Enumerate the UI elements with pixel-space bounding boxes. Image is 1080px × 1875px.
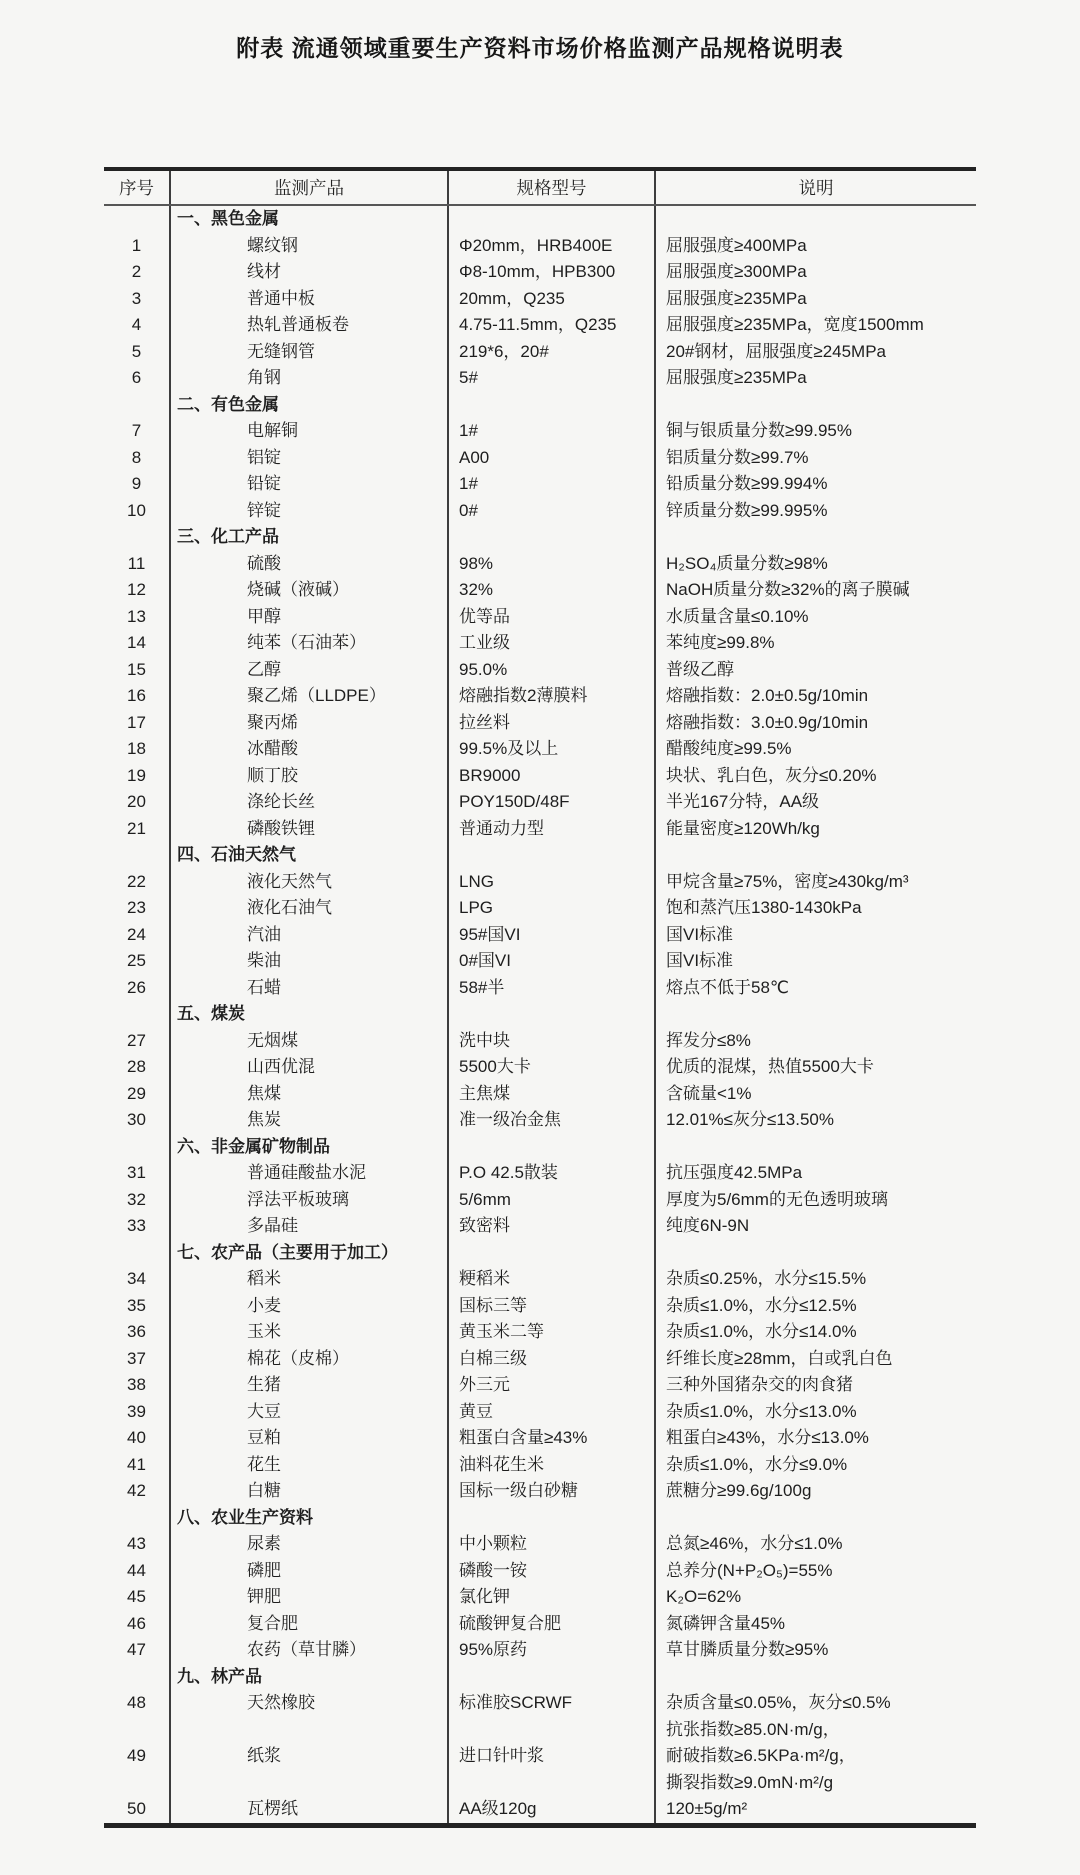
- cell-description: [655, 1001, 976, 1028]
- product-row: 31普通硅酸盐水泥P.O 42.5散装抗压强度42.5MPa: [104, 1160, 976, 1187]
- cell-spec-model: A00: [448, 445, 655, 472]
- cell-spec-model: 普通动力型: [448, 816, 655, 843]
- cell-product-name: 热轧普通板卷: [170, 312, 448, 339]
- cell-serial-number: 14: [104, 630, 170, 657]
- cell-spec-model: 95.0%: [448, 657, 655, 684]
- description-line: 12.01%≤灰分≤13.50%: [666, 1107, 976, 1134]
- cell-serial-number: 21: [104, 816, 170, 843]
- cell-description: NaOH质量分数≥32%的离子膜碱: [655, 577, 976, 604]
- cell-serial-number: 15: [104, 657, 170, 684]
- cell-description: 抗压强度42.5MPa: [655, 1160, 976, 1187]
- cell-description: 杂质≤1.0%，水分≤14.0%: [655, 1319, 976, 1346]
- product-row: 41花生油料花生米杂质≤1.0%，水分≤9.0%: [104, 1452, 976, 1479]
- cell-spec-model: 58#半: [448, 975, 655, 1002]
- description-line: 氮磷钾含量45%: [666, 1611, 976, 1638]
- cell-description: 屈服强度≥235MPa: [655, 365, 976, 392]
- product-row: 46复合肥硫酸钾复合肥氮磷钾含量45%: [104, 1611, 976, 1638]
- category-row: 七、农产品（主要用于加工）: [104, 1240, 976, 1267]
- cell-description: 粗蛋白≥43%，水分≤13.0%: [655, 1425, 976, 1452]
- cell-serial-number: 36: [104, 1319, 170, 1346]
- cell-serial-number: [104, 1505, 170, 1532]
- cell-product-name: 涤纶长丝: [170, 789, 448, 816]
- cell-serial-number: 9: [104, 471, 170, 498]
- cell-serial-number: 45: [104, 1584, 170, 1611]
- product-row: 19顺丁胶BR9000块状、乳白色，灰分≤0.20%: [104, 763, 976, 790]
- cell-spec-model: 4.75-11.5mm，Q235: [448, 312, 655, 339]
- cell-spec-model: 95#国VI: [448, 922, 655, 949]
- cell-spec-model: [448, 1664, 655, 1691]
- cell-spec-model: 黄豆: [448, 1399, 655, 1426]
- cell-category-name: 二、有色金属: [170, 392, 448, 419]
- cell-serial-number: 10: [104, 498, 170, 525]
- cell-description: 屈服强度≥400MPa: [655, 233, 976, 260]
- cell-serial-number: 37: [104, 1346, 170, 1373]
- cell-description: 铅质量分数≥99.994%: [655, 471, 976, 498]
- cell-product-name: 多晶硅: [170, 1213, 448, 1240]
- description-line: 杂质≤1.0%，水分≤9.0%: [666, 1452, 976, 1479]
- cell-serial-number: [104, 1134, 170, 1161]
- cell-product-name: 稻米: [170, 1266, 448, 1293]
- product-row: 4热轧普通板卷4.75-11.5mm，Q235屈服强度≥235MPa，宽度150…: [104, 312, 976, 339]
- spec-table: 序号 监测产品 规格型号 说明 一、黑色金属1螺纹钢Φ20mm，HRB400E屈…: [104, 167, 976, 1828]
- cell-serial-number: 16: [104, 683, 170, 710]
- cell-spec-model: 219*6，20#: [448, 339, 655, 366]
- cell-spec-model: 5#: [448, 365, 655, 392]
- cell-description: [655, 1505, 976, 1532]
- cell-product-name: 硫酸: [170, 551, 448, 578]
- cell-serial-number: 29: [104, 1081, 170, 1108]
- cell-description: 氮磷钾含量45%: [655, 1611, 976, 1638]
- cell-serial-number: 46: [104, 1611, 170, 1638]
- cell-description: 20#钢材，屈服强度≥245MPa: [655, 339, 976, 366]
- cell-serial-number: [104, 1240, 170, 1267]
- product-row: 42白糖国标一级白砂糖蔗糖分≥99.6g/100g: [104, 1478, 976, 1505]
- cell-description: 12.01%≤灰分≤13.50%: [655, 1107, 976, 1134]
- cell-product-name: 磷肥: [170, 1558, 448, 1585]
- cell-serial-number: 47: [104, 1637, 170, 1664]
- cell-category-name: 六、非金属矿物制品: [170, 1134, 448, 1161]
- cell-description: 杂质含量≤0.05%，灰分≤0.5%抗张指数≥85.0N·m/g，: [655, 1690, 976, 1743]
- category-row: 六、非金属矿物制品: [104, 1134, 976, 1161]
- description-line: 屈服强度≥235MPa，宽度1500mm: [666, 312, 976, 339]
- cell-spec-model: 95%原药: [448, 1637, 655, 1664]
- cell-serial-number: 22: [104, 869, 170, 896]
- product-row: 13甲醇优等品水质量含量≤0.10%: [104, 604, 976, 631]
- cell-description: 纯度6N-9N: [655, 1213, 976, 1240]
- cell-serial-number: 39: [104, 1399, 170, 1426]
- product-row: 44磷肥磷酸一铵总养分(N+P₂O₅)=55%: [104, 1558, 976, 1585]
- cell-description: 铝质量分数≥99.7%: [655, 445, 976, 472]
- cell-description: 铜与银质量分数≥99.95%: [655, 418, 976, 445]
- header-monitored-product: 监测产品: [170, 169, 448, 205]
- product-row: 40豆粕粗蛋白含量≥43%粗蛋白≥43%，水分≤13.0%: [104, 1425, 976, 1452]
- product-row: 2线材Φ8-10mm，HPB300屈服强度≥300MPa: [104, 259, 976, 286]
- cell-serial-number: 40: [104, 1425, 170, 1452]
- description-line: H₂SO₄质量分数≥98%: [666, 551, 976, 578]
- product-row: 12烧碱（液碱）32%NaOH质量分数≥32%的离子膜碱: [104, 577, 976, 604]
- product-row: 21磷酸铁锂普通动力型能量密度≥120Wh/kg: [104, 816, 976, 843]
- cell-product-name: 电解铜: [170, 418, 448, 445]
- description-line: 铝质量分数≥99.7%: [666, 445, 976, 472]
- cell-description: [655, 1134, 976, 1161]
- cell-description: 国VI标准: [655, 948, 976, 975]
- product-row: 23液化石油气LPG饱和蒸汽压1380-1430kPa: [104, 895, 976, 922]
- cell-spec-model: 进口针叶浆: [448, 1743, 655, 1796]
- cell-spec-model: BR9000: [448, 763, 655, 790]
- cell-product-name: 线材: [170, 259, 448, 286]
- cell-description: 含硫量<1%: [655, 1081, 976, 1108]
- cell-product-name: 浮法平板玻璃: [170, 1187, 448, 1214]
- page-title: 附表 流通领域重要生产资料市场价格监测产品规格说明表: [0, 0, 1080, 63]
- description-line: 苯纯度≥99.8%: [666, 630, 976, 657]
- cell-category-name: 三、化工产品: [170, 524, 448, 551]
- description-line: NaOH质量分数≥32%的离子膜碱: [666, 577, 976, 604]
- cell-serial-number: 17: [104, 710, 170, 737]
- cell-description: 120±5g/m²: [655, 1796, 976, 1825]
- cell-product-name: 生猪: [170, 1372, 448, 1399]
- description-line: 蔗糖分≥99.6g/100g: [666, 1478, 976, 1505]
- cell-serial-number: 18: [104, 736, 170, 763]
- product-row: 7电解铜1#铜与银质量分数≥99.95%: [104, 418, 976, 445]
- cell-product-name: 白糖: [170, 1478, 448, 1505]
- cell-description: 总养分(N+P₂O₅)=55%: [655, 1558, 976, 1585]
- description-line: 杂质≤1.0%，水分≤14.0%: [666, 1319, 976, 1346]
- description-line: 屈服强度≥400MPa: [666, 233, 976, 260]
- product-row: 3普通中板20mm，Q235屈服强度≥235MPa: [104, 286, 976, 313]
- product-row: 11硫酸98%H₂SO₄质量分数≥98%: [104, 551, 976, 578]
- cell-serial-number: 44: [104, 1558, 170, 1585]
- description-line: 半光167分特，AA级: [666, 789, 976, 816]
- cell-description: [655, 205, 976, 233]
- product-row: 32浮法平板玻璃5/6mm厚度为5/6mm的无色透明玻璃: [104, 1187, 976, 1214]
- cell-product-name: 天然橡胶: [170, 1690, 448, 1743]
- cell-spec-model: 黄玉米二等: [448, 1319, 655, 1346]
- cell-product-name: 小麦: [170, 1293, 448, 1320]
- cell-product-name: 角钢: [170, 365, 448, 392]
- cell-spec-model: [448, 1240, 655, 1267]
- cell-product-name: 普通中板: [170, 286, 448, 313]
- product-row: 26石蜡58#半熔点不低于58℃: [104, 975, 976, 1002]
- cell-spec-model: 熔融指数2薄膜料: [448, 683, 655, 710]
- cell-description: 熔点不低于58℃: [655, 975, 976, 1002]
- header-spec-model: 规格型号: [448, 169, 655, 205]
- description-line: 屈服强度≥300MPa: [666, 259, 976, 286]
- category-row: 三、化工产品: [104, 524, 976, 551]
- cell-product-name: 螺纹钢: [170, 233, 448, 260]
- cell-spec-model: 工业级: [448, 630, 655, 657]
- product-row: 33多晶硅致密料纯度6N-9N: [104, 1213, 976, 1240]
- cell-product-name: 聚丙烯: [170, 710, 448, 737]
- description-line: 120±5g/m²: [666, 1796, 976, 1823]
- cell-spec-model: 洗中块: [448, 1028, 655, 1055]
- cell-spec-model: 20mm，Q235: [448, 286, 655, 313]
- cell-serial-number: 33: [104, 1213, 170, 1240]
- description-line: 抗张指数≥85.0N·m/g，: [666, 1717, 976, 1744]
- description-line: 铜与银质量分数≥99.95%: [666, 418, 976, 445]
- description-line: 撕裂指数≥9.0mN·m²/g: [666, 1770, 976, 1797]
- cell-product-name: 汽油: [170, 922, 448, 949]
- cell-serial-number: 11: [104, 551, 170, 578]
- description-line: 三种外国猪杂交的肉食猪: [666, 1372, 976, 1399]
- cell-product-name: 铅锭: [170, 471, 448, 498]
- header-description: 说明: [655, 169, 976, 205]
- cell-description: 普级乙醇: [655, 657, 976, 684]
- cell-spec-model: 粗蛋白含量≥43%: [448, 1425, 655, 1452]
- cell-product-name: 甲醇: [170, 604, 448, 631]
- cell-description: 总氮≥46%，水分≤1.0%: [655, 1531, 976, 1558]
- description-line: 粗蛋白≥43%，水分≤13.0%: [666, 1425, 976, 1452]
- product-row: 27无烟煤洗中块挥发分≤8%: [104, 1028, 976, 1055]
- cell-spec-model: 1#: [448, 418, 655, 445]
- product-row: 30焦炭准一级冶金焦12.01%≤灰分≤13.50%: [104, 1107, 976, 1134]
- description-line: 杂质含量≤0.05%，灰分≤0.5%: [666, 1690, 976, 1717]
- description-line: 厚度为5/6mm的无色透明玻璃: [666, 1187, 976, 1214]
- cell-spec-model: 优等品: [448, 604, 655, 631]
- cell-serial-number: 50: [104, 1796, 170, 1825]
- cell-product-name: 复合肥: [170, 1611, 448, 1638]
- product-row: 20涤纶长丝POY150D/48F半光167分特，AA级: [104, 789, 976, 816]
- description-line: 杂质≤0.25%，水分≤15.5%: [666, 1266, 976, 1293]
- cell-serial-number: 31: [104, 1160, 170, 1187]
- cell-serial-number: 13: [104, 604, 170, 631]
- description-line: 总氮≥46%，水分≤1.0%: [666, 1531, 976, 1558]
- product-row: 35小麦国标三等杂质≤1.0%，水分≤12.5%: [104, 1293, 976, 1320]
- cell-description: 蔗糖分≥99.6g/100g: [655, 1478, 976, 1505]
- category-row: 二、有色金属: [104, 392, 976, 419]
- description-line: 熔点不低于58℃: [666, 975, 976, 1002]
- cell-description: 锌质量分数≥99.995%: [655, 498, 976, 525]
- cell-product-name: 玉米: [170, 1319, 448, 1346]
- description-line: 块状、乳白色，灰分≤0.20%: [666, 763, 976, 790]
- cell-spec-model: [448, 842, 655, 869]
- description-line: 纤维长度≥28mm，白或乳白色: [666, 1346, 976, 1373]
- cell-category-name: 五、煤炭: [170, 1001, 448, 1028]
- cell-product-name: 花生: [170, 1452, 448, 1479]
- cell-spec-model: 0#国VI: [448, 948, 655, 975]
- cell-product-name: 石蜡: [170, 975, 448, 1002]
- cell-product-name: 烧碱（液碱）: [170, 577, 448, 604]
- cell-description: 厚度为5/6mm的无色透明玻璃: [655, 1187, 976, 1214]
- product-row: 37棉花（皮棉）白棉三级纤维长度≥28mm，白或乳白色: [104, 1346, 976, 1373]
- cell-product-name: 瓦楞纸: [170, 1796, 448, 1825]
- product-row: 16聚乙烯（LLDPE）熔融指数2薄膜料熔融指数：2.0±0.5g/10min: [104, 683, 976, 710]
- cell-product-name: 尿素: [170, 1531, 448, 1558]
- cell-serial-number: 19: [104, 763, 170, 790]
- cell-description: 三种外国猪杂交的肉食猪: [655, 1372, 976, 1399]
- cell-description: 饱和蒸汽压1380-1430kPa: [655, 895, 976, 922]
- description-line: 草甘膦质量分数≥95%: [666, 1637, 976, 1664]
- cell-description: 能量密度≥120Wh/kg: [655, 816, 976, 843]
- cell-description: 屈服强度≥235MPa，宽度1500mm: [655, 312, 976, 339]
- cell-product-name: 纯苯（石油苯）: [170, 630, 448, 657]
- cell-description: 熔融指数：3.0±0.9g/10min: [655, 710, 976, 737]
- cell-product-name: 铝锭: [170, 445, 448, 472]
- cell-description: 苯纯度≥99.8%: [655, 630, 976, 657]
- cell-serial-number: 26: [104, 975, 170, 1002]
- cell-serial-number: 42: [104, 1478, 170, 1505]
- description-line: 醋酸纯度≥99.5%: [666, 736, 976, 763]
- description-line: 熔融指数：3.0±0.9g/10min: [666, 710, 976, 737]
- category-row: 五、煤炭: [104, 1001, 976, 1028]
- cell-spec-model: [448, 524, 655, 551]
- product-row: 43尿素中小颗粒总氮≥46%，水分≤1.0%: [104, 1531, 976, 1558]
- cell-spec-model: 5500大卡: [448, 1054, 655, 1081]
- product-row: 17聚丙烯拉丝料熔融指数：3.0±0.9g/10min: [104, 710, 976, 737]
- cell-description: 块状、乳白色，灰分≤0.20%: [655, 763, 976, 790]
- cell-product-name: 焦煤: [170, 1081, 448, 1108]
- product-row: 39大豆黄豆杂质≤1.0%，水分≤13.0%: [104, 1399, 976, 1426]
- product-row: 6角钢5#屈服强度≥235MPa: [104, 365, 976, 392]
- cell-serial-number: [104, 392, 170, 419]
- cell-spec-model: Φ20mm，HRB400E: [448, 233, 655, 260]
- cell-description: 草甘膦质量分数≥95%: [655, 1637, 976, 1664]
- cell-product-name: 柴油: [170, 948, 448, 975]
- table-header-row: 序号 监测产品 规格型号 说明: [104, 169, 976, 205]
- cell-spec-model: 氯化钾: [448, 1584, 655, 1611]
- cell-description: 国VI标准: [655, 922, 976, 949]
- cell-description: 屈服强度≥300MPa: [655, 259, 976, 286]
- cell-serial-number: [104, 1664, 170, 1691]
- cell-description: H₂SO₄质量分数≥98%: [655, 551, 976, 578]
- cell-spec-model: 白棉三级: [448, 1346, 655, 1373]
- description-line: 普级乙醇: [666, 657, 976, 684]
- cell-category-name: 七、农产品（主要用于加工）: [170, 1240, 448, 1267]
- description-line: 抗压强度42.5MPa: [666, 1160, 976, 1187]
- cell-product-name: 纸浆: [170, 1743, 448, 1796]
- cell-description: 挥发分≤8%: [655, 1028, 976, 1055]
- description-line: 甲烷含量≥75%，密度≥430kg/m³: [666, 869, 976, 896]
- description-line: 熔融指数：2.0±0.5g/10min: [666, 683, 976, 710]
- cell-category-name: 一、黑色金属: [170, 205, 448, 233]
- cell-spec-model: LNG: [448, 869, 655, 896]
- cell-serial-number: 32: [104, 1187, 170, 1214]
- product-row: 15乙醇95.0%普级乙醇: [104, 657, 976, 684]
- cell-description: 醋酸纯度≥99.5%: [655, 736, 976, 763]
- category-row: 一、黑色金属: [104, 205, 976, 233]
- description-line: 挥发分≤8%: [666, 1028, 976, 1055]
- cell-serial-number: 23: [104, 895, 170, 922]
- cell-product-name: 冰醋酸: [170, 736, 448, 763]
- cell-serial-number: 49: [104, 1743, 170, 1796]
- cell-product-name: 锌锭: [170, 498, 448, 525]
- cell-description: 半光167分特，AA级: [655, 789, 976, 816]
- product-row: 50瓦楞纸AA级120g120±5g/m²: [104, 1796, 976, 1825]
- category-row: 九、林产品: [104, 1664, 976, 1691]
- cell-description: [655, 842, 976, 869]
- cell-spec-model: 主焦煤: [448, 1081, 655, 1108]
- cell-spec-model: 外三元: [448, 1372, 655, 1399]
- cell-serial-number: 34: [104, 1266, 170, 1293]
- cell-spec-model: 标准胶SCRWF: [448, 1690, 655, 1743]
- cell-spec-model: 油料花生米: [448, 1452, 655, 1479]
- cell-spec-model: 99.5%及以上: [448, 736, 655, 763]
- cell-product-name: 无缝钢管: [170, 339, 448, 366]
- cell-spec-model: 1#: [448, 471, 655, 498]
- cell-spec-model: Φ8-10mm，HPB300: [448, 259, 655, 286]
- cell-product-name: 焦炭: [170, 1107, 448, 1134]
- cell-serial-number: 4: [104, 312, 170, 339]
- cell-spec-model: 粳稻米: [448, 1266, 655, 1293]
- cell-spec-model: [448, 392, 655, 419]
- description-line: 20#钢材，屈服强度≥245MPa: [666, 339, 976, 366]
- cell-description: [655, 392, 976, 419]
- product-row: 8铝锭A00铝质量分数≥99.7%: [104, 445, 976, 472]
- cell-description: [655, 1664, 976, 1691]
- product-row: 48天然橡胶标准胶SCRWF杂质含量≤0.05%，灰分≤0.5%抗张指数≥85.…: [104, 1690, 976, 1743]
- product-row: 25柴油0#国VI国VI标准: [104, 948, 976, 975]
- cell-description: 熔融指数：2.0±0.5g/10min: [655, 683, 976, 710]
- cell-product-name: 大豆: [170, 1399, 448, 1426]
- cell-serial-number: 20: [104, 789, 170, 816]
- cell-description: 杂质≤1.0%，水分≤9.0%: [655, 1452, 976, 1479]
- product-row: 24汽油95#国VI国VI标准: [104, 922, 976, 949]
- description-line: 优质的混煤，热值5500大卡: [666, 1054, 976, 1081]
- description-line: 耐破指数≥6.5KPa·m²/g，: [666, 1743, 976, 1770]
- description-line: 总养分(N+P₂O₅)=55%: [666, 1558, 976, 1585]
- product-row: 10锌锭0#锌质量分数≥99.995%: [104, 498, 976, 525]
- description-line: 锌质量分数≥99.995%: [666, 498, 976, 525]
- cell-serial-number: 38: [104, 1372, 170, 1399]
- cell-serial-number: 1: [104, 233, 170, 260]
- product-row: 18冰醋酸99.5%及以上醋酸纯度≥99.5%: [104, 736, 976, 763]
- cell-spec-model: POY150D/48F: [448, 789, 655, 816]
- cell-product-name: 液化石油气: [170, 895, 448, 922]
- cell-spec-model: 准一级冶金焦: [448, 1107, 655, 1134]
- cell-category-name: 九、林产品: [170, 1664, 448, 1691]
- cell-spec-model: [448, 1134, 655, 1161]
- cell-product-name: 顺丁胶: [170, 763, 448, 790]
- cell-spec-model: 国标三等: [448, 1293, 655, 1320]
- description-line: 屈服强度≥235MPa: [666, 286, 976, 313]
- cell-serial-number: 3: [104, 286, 170, 313]
- cell-description: [655, 1240, 976, 1267]
- cell-product-name: 普通硅酸盐水泥: [170, 1160, 448, 1187]
- cell-spec-model: P.O 42.5散装: [448, 1160, 655, 1187]
- description-line: 屈服强度≥235MPa: [666, 365, 976, 392]
- cell-description: 屈服强度≥235MPa: [655, 286, 976, 313]
- description-line: 国VI标准: [666, 922, 976, 949]
- product-row: 49纸浆进口针叶浆耐破指数≥6.5KPa·m²/g，撕裂指数≥9.0mN·m²/…: [104, 1743, 976, 1796]
- cell-description: 甲烷含量≥75%，密度≥430kg/m³: [655, 869, 976, 896]
- cell-spec-model: AA级120g: [448, 1796, 655, 1825]
- cell-serial-number: 5: [104, 339, 170, 366]
- description-line: 杂质≤1.0%，水分≤13.0%: [666, 1399, 976, 1426]
- cell-serial-number: 24: [104, 922, 170, 949]
- cell-serial-number: 30: [104, 1107, 170, 1134]
- cell-description: 杂质≤1.0%，水分≤12.5%: [655, 1293, 976, 1320]
- description-line: 杂质≤1.0%，水分≤12.5%: [666, 1293, 976, 1320]
- product-row: 45钾肥氯化钾K₂O=62%: [104, 1584, 976, 1611]
- header-serial-number: 序号: [104, 169, 170, 205]
- cell-serial-number: 43: [104, 1531, 170, 1558]
- cell-serial-number: [104, 842, 170, 869]
- cell-spec-model: 中小颗粒: [448, 1531, 655, 1558]
- cell-description: 纤维长度≥28mm，白或乳白色: [655, 1346, 976, 1373]
- cell-description: 杂质≤1.0%，水分≤13.0%: [655, 1399, 976, 1426]
- cell-serial-number: [104, 524, 170, 551]
- product-row: 1螺纹钢Φ20mm，HRB400E屈服强度≥400MPa: [104, 233, 976, 260]
- product-row: 5无缝钢管219*6，20#20#钢材，屈服强度≥245MPa: [104, 339, 976, 366]
- cell-serial-number: 35: [104, 1293, 170, 1320]
- cell-spec-model: 0#: [448, 498, 655, 525]
- product-row: 38生猪外三元三种外国猪杂交的肉食猪: [104, 1372, 976, 1399]
- cell-serial-number: 25: [104, 948, 170, 975]
- cell-serial-number: 7: [104, 418, 170, 445]
- cell-product-name: 无烟煤: [170, 1028, 448, 1055]
- cell-product-name: 磷酸铁锂: [170, 816, 448, 843]
- cell-product-name: 棉花（皮棉）: [170, 1346, 448, 1373]
- product-row: 36玉米黄玉米二等杂质≤1.0%，水分≤14.0%: [104, 1319, 976, 1346]
